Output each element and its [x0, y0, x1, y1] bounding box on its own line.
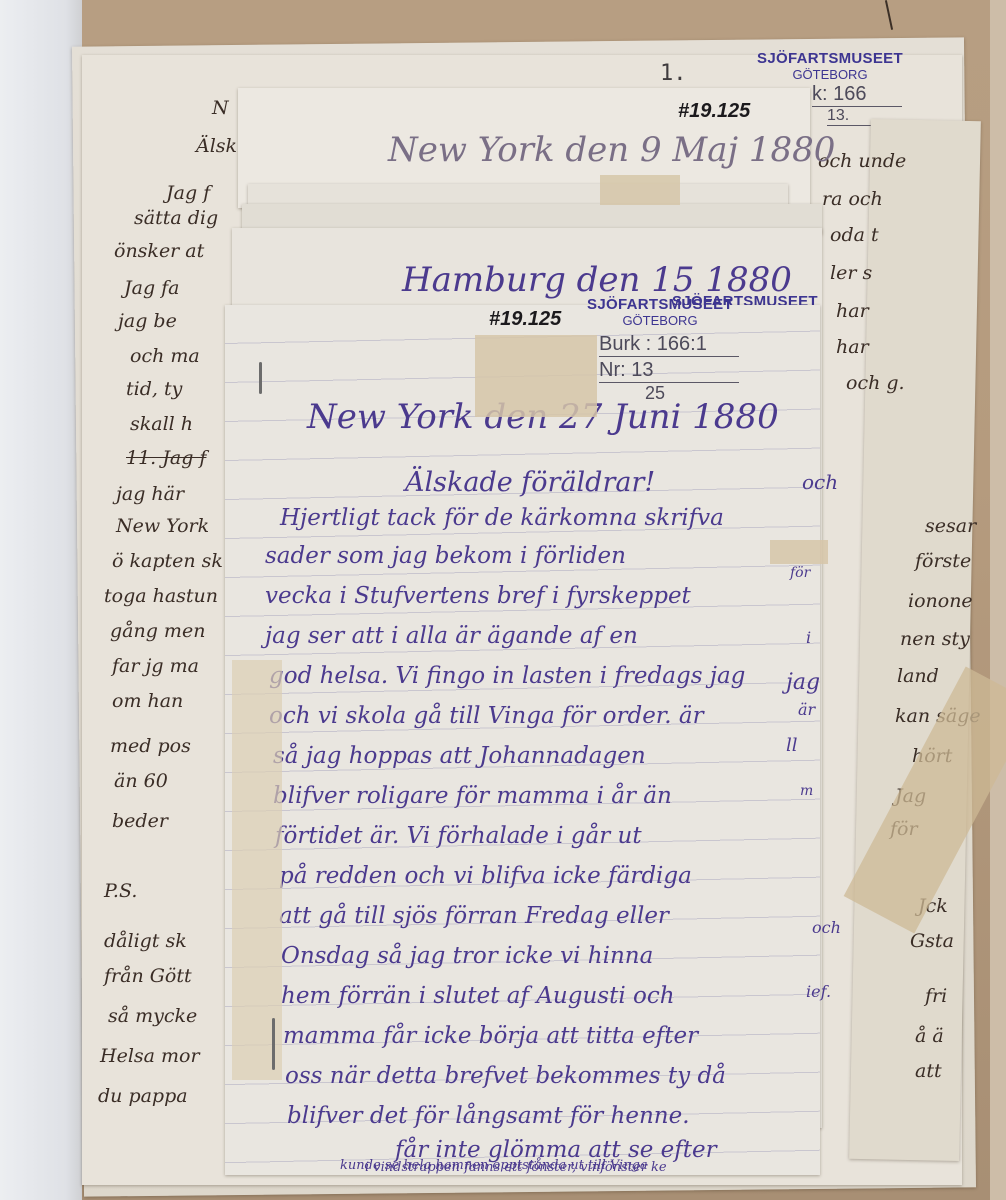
handwritten-line: N	[212, 97, 229, 119]
handwritten-line: toga hastun	[104, 585, 218, 607]
handwritten-line: du pappa	[98, 1085, 188, 1107]
handwritten-line: så mycke	[108, 1005, 197, 1027]
handwritten-line: ö kapten sk	[112, 550, 223, 572]
handwritten-line: med pos	[110, 735, 191, 757]
handwritten-fragment: jag	[786, 670, 820, 695]
handwritten-line: far jg ma	[112, 655, 199, 677]
stamp-city: GÖTEBORG	[750, 68, 910, 82]
handwritten-line: Onsdag så jag tror icke vi hinna	[281, 943, 653, 969]
handwritten-line: Jag fa	[124, 277, 180, 299]
front-letter-sheet: #19.125 SJÖFARTSMUSEET GÖTEBORG Burk : 1…	[225, 305, 820, 1175]
handwritten-line: New York	[116, 515, 209, 537]
page-number: 1.	[660, 61, 687, 86]
handwritten-line: beder	[112, 810, 168, 832]
tape-patch	[475, 335, 597, 417]
tape-strip	[232, 660, 282, 1080]
handwritten-line: att gå till sjös förran Fredag eller	[279, 903, 669, 929]
handwritten-line: blifver roligare för mamma i år än	[273, 783, 672, 809]
handwritten-line: P.S.	[104, 880, 137, 902]
handwritten-fragment: för	[790, 565, 810, 581]
handwritten-line: och g.	[846, 372, 905, 394]
handwritten-line: önsker at	[114, 240, 204, 262]
handwritten-line: tid, ty	[126, 378, 182, 400]
handwritten-line: Hjertligt tack för de kärkomna skrifva	[280, 505, 724, 531]
handwritten-line: blifver det för långsamt för henne.	[287, 1103, 690, 1129]
handwritten-fragment: ief.	[806, 982, 831, 1001]
museum-stamp: SJÖFARTSMUSEET GÖTEBORG	[750, 51, 910, 82]
handwritten-line: sesar	[925, 515, 976, 537]
handwritten-fragment: m	[800, 783, 813, 799]
handwritten-line: skall h	[130, 413, 193, 435]
table-surface	[0, 0, 82, 1200]
handwritten-line: gång men	[110, 620, 205, 642]
tape-strip	[600, 175, 680, 205]
handwritten-line: och vi skola gå till Vinga för order. är	[269, 703, 704, 729]
handwritten-line: å ä	[915, 1025, 944, 1047]
folder-edge	[990, 0, 1006, 1200]
handwritten-fragment: i	[806, 628, 811, 647]
handwritten-line: än 60	[114, 770, 168, 792]
handwritten-line: Älsk	[196, 135, 237, 157]
handwritten-line: 11. Jag f	[126, 447, 206, 469]
handwritten-line: på redden och vi blifva icke färdiga	[279, 863, 692, 889]
handwritten-line: förtidet är. Vi förhalade i går ut	[275, 823, 642, 849]
handwritten-fragment: och	[812, 918, 841, 937]
handwritten-line: att	[915, 1060, 942, 1082]
museum-number: #19.125	[678, 100, 750, 123]
handwritten-line: oss när detta brefvet bekommes ty då	[285, 1063, 726, 1089]
handwritten-line: hem förrän i slutet af Augusti och	[281, 983, 675, 1009]
tape-strip	[770, 540, 828, 564]
stamp-museum-name: SJÖFARTSMUSEET	[575, 297, 745, 314]
stamp-city: GÖTEBORG	[575, 314, 745, 328]
handwritten-line: ra och	[822, 188, 883, 210]
stamp-burk-field: Burk : 166:1	[599, 333, 739, 357]
stamp-burk-field: k: 166	[812, 83, 902, 107]
handwritten-line: har	[836, 336, 869, 358]
stamp-museum-name: SJÖFARTSMUSEET	[750, 51, 910, 68]
handwritten-line: sader som jag bekom i förliden	[265, 543, 626, 569]
handwritten-line: från Gött	[104, 965, 192, 987]
handwritten-line: Helsa mor	[100, 1045, 200, 1067]
handwritten-line: jag be	[118, 310, 177, 332]
stamp-nr-field: Nr: 13	[599, 359, 739, 383]
handwritten-line: kunde se hela hamnen opptstånda ut till …	[340, 1158, 648, 1173]
handwritten-line: jag ser att i alla är ägande af en	[265, 623, 638, 649]
handwritten-line: dåligt sk	[104, 930, 187, 952]
handwritten-line: så jag hoppas att Johannadagen	[273, 743, 646, 769]
museum-stamp: SJÖFARTSMUSEET GÖTEBORG	[575, 297, 745, 328]
handwritten-line: har	[836, 300, 869, 322]
handwritten-line: oda t	[830, 224, 879, 246]
handwritten-fragment: ll	[786, 735, 798, 756]
handwritten-line: god helsa. Vi fingo in lasten i fredags …	[269, 663, 745, 689]
handwritten-line: jag här	[116, 483, 184, 505]
handwritten-line: förste	[915, 550, 971, 572]
letters-photograph: 1. SJÖFARTSMUSEET GÖTEBORG k: 166 13. N …	[0, 0, 1006, 1200]
handwritten-line: nen sty	[900, 628, 970, 650]
handwritten-fragment: är	[798, 700, 815, 719]
letter-salutation: Älskade föräldrar!	[405, 467, 655, 498]
handwritten-line: fri	[925, 985, 947, 1007]
handwritten-line: Gsta	[910, 930, 954, 952]
museum-number: #19.125	[489, 308, 561, 331]
staple	[259, 362, 262, 394]
letter-heading: New York den 9 Maj 1880	[388, 130, 835, 170]
handwritten-line: vecka i Stufvertens bref i fyrskeppet	[265, 583, 691, 609]
handwritten-line: sätta dig	[134, 207, 218, 229]
handwritten-line: och ma	[130, 345, 200, 367]
handwritten-line: ionone	[908, 590, 973, 612]
handwritten-line: ler s	[830, 262, 872, 284]
staple	[272, 1018, 275, 1070]
handwritten-line: land	[897, 665, 939, 687]
handwritten-fragment: och	[802, 470, 838, 494]
handwritten-line: om han	[112, 690, 183, 712]
handwritten-line: mamma får icke börja att titta efter	[283, 1023, 698, 1049]
handwritten-line: Jag f	[166, 182, 210, 204]
